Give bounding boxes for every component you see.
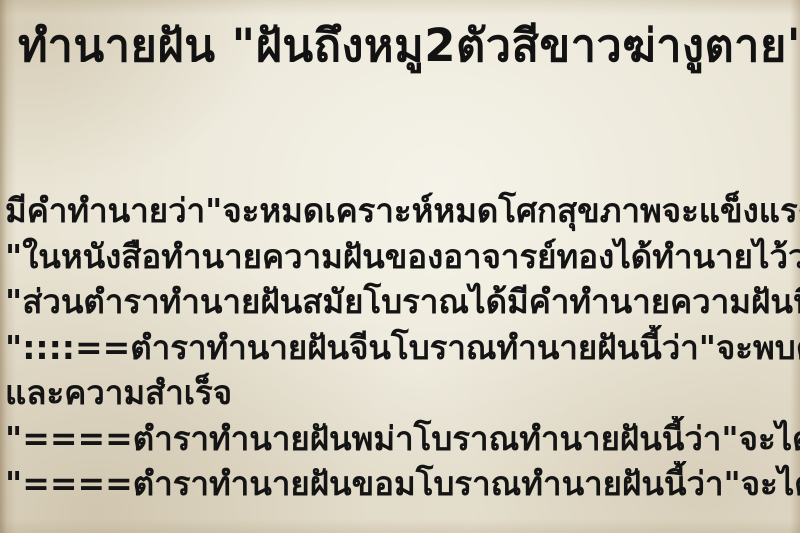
interpretation-text-block: มีคำทำนายว่า"จะหมดเคราะห์หมดโศกสุขภาพจะแ…: [5, 188, 800, 507]
interpretation-line: และความสำเร็จ: [5, 370, 800, 416]
aged-paper-page: ทำนายฝัน "ฝันถึงหมู2ตัวสีขาวฆ่างูตาย" มี…: [0, 0, 800, 533]
page-title: ทำนายฝัน "ฝันถึงหมู2ตัวสีขาวฆ่างูตาย": [18, 10, 800, 82]
interpretation-line: "::::==ตำราทำนายฝันจีนโบราณทำนายฝันนี้ว่…: [5, 325, 800, 371]
interpretation-line: "ในหนังสือทำนายความฝันของอาจารย์ทองได้ทำ…: [5, 234, 800, 280]
interpretation-line: "====ตำราทำนายฝันขอมโบราณทำนายฝันนี้ว่า"…: [5, 461, 800, 507]
interpretation-line: "ส่วนตำราทำนายฝันสมัยโบราณได้มีคำทำนายคว…: [5, 279, 800, 325]
interpretation-line: มีคำทำนายว่า"จะหมดเคราะห์หมดโศกสุขภาพจะแ…: [5, 188, 800, 234]
interpretation-line: "====ตำราทำนายฝันพม่าโบราณทำนายฝันนี้ว่า…: [5, 416, 800, 462]
